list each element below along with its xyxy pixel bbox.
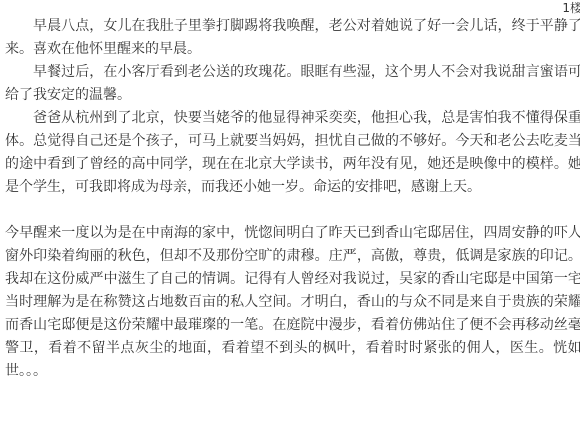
forum-post-page: 1楼 早晨八点，女儿在我肚子里拳打脚踢将我唤醒，老公对着她说了好一会儿话，终于平…: [0, 0, 580, 443]
post-body-text: 早晨八点，女儿在我肚子里拳打脚踢将我唤醒，老公对着她说了好一会儿话，终于平静了下…: [0, 15, 580, 383]
paragraph-morning-wakeup: 早晨八点，女儿在我肚子里拳打脚踢将我唤醒，老公对着她说了好一会儿话，终于平静了下…: [5, 15, 580, 61]
paragraph-father-arrives-beijing: 爸爸从杭州到了北京，快要当姥爷的他显得神采奕奕，他担心我，总是害怕我不懂得保重身…: [5, 107, 580, 199]
paragraph-spacer: [5, 199, 580, 222]
paragraph-roses-after-breakfast: 早餐过后，在小客厅看到老公送的玫瑰花。眼眶有些湿，这个男人不会对我说甜言蜜语可却…: [5, 61, 580, 107]
paragraph-xiangshan-mansion: 今早醒来一度以为是在中南海的家中，恍惚间明白了昨天已到香山宅邸居住，四周安静的吓…: [5, 222, 580, 383]
floor-number-label: 1楼: [562, 1, 580, 15]
